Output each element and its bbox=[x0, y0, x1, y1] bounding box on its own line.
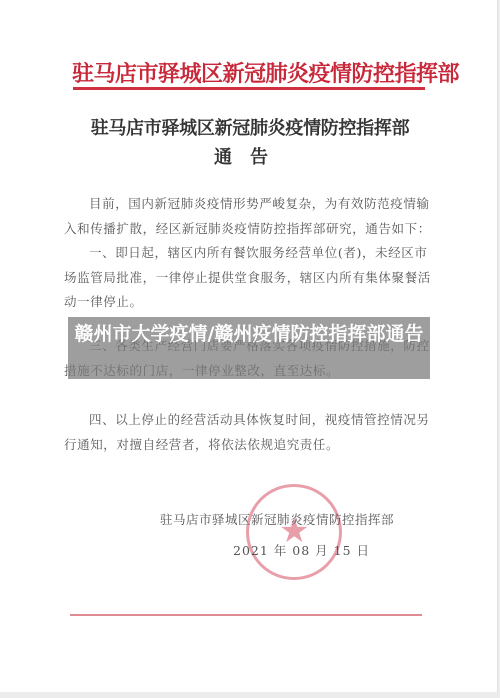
document-page: 驻马店市驿城区新冠肺炎疫情防控指挥部 驻马店市驿城区新冠肺炎疫情防控指挥部 通告… bbox=[0, 0, 498, 692]
signature-date: 2021 年 08 月 15 日 bbox=[233, 541, 370, 559]
paragraph-item-1: 一、即日起，辖区内所有餐饮服务经营单位(者)，未经区市场监管局批准，一律停止提供… bbox=[64, 241, 436, 315]
caption-overlay: 赣州市大学疫情/赣州疫情防控指挥部通告 bbox=[68, 317, 430, 379]
footer-divider bbox=[70, 614, 422, 616]
paragraph-intro: 目前，国内新冠肺炎疫情形势严峻复杂，为有效防范疫情输入和传播扩散，经区新冠肺炎疫… bbox=[64, 192, 436, 241]
red-letterhead: 驻马店市驿城区新冠肺炎疫情防控指挥部 bbox=[72, 57, 426, 88]
notice-subtitle: 通告 bbox=[60, 143, 440, 169]
letterhead-divider bbox=[73, 87, 425, 90]
signature-org: 驻马店市驿城区新冠肺炎疫情防控指挥部 bbox=[160, 510, 430, 528]
official-seal-icon: ★ bbox=[246, 484, 342, 580]
paragraph-item-4: 四、以上停止的经营活动具体恢复时间，视疫情管控情况另行通知，对擅自经营者，将依法… bbox=[64, 408, 436, 457]
notice-title: 驻马店市驿城区新冠肺炎疫情防控指挥部 bbox=[60, 114, 440, 140]
